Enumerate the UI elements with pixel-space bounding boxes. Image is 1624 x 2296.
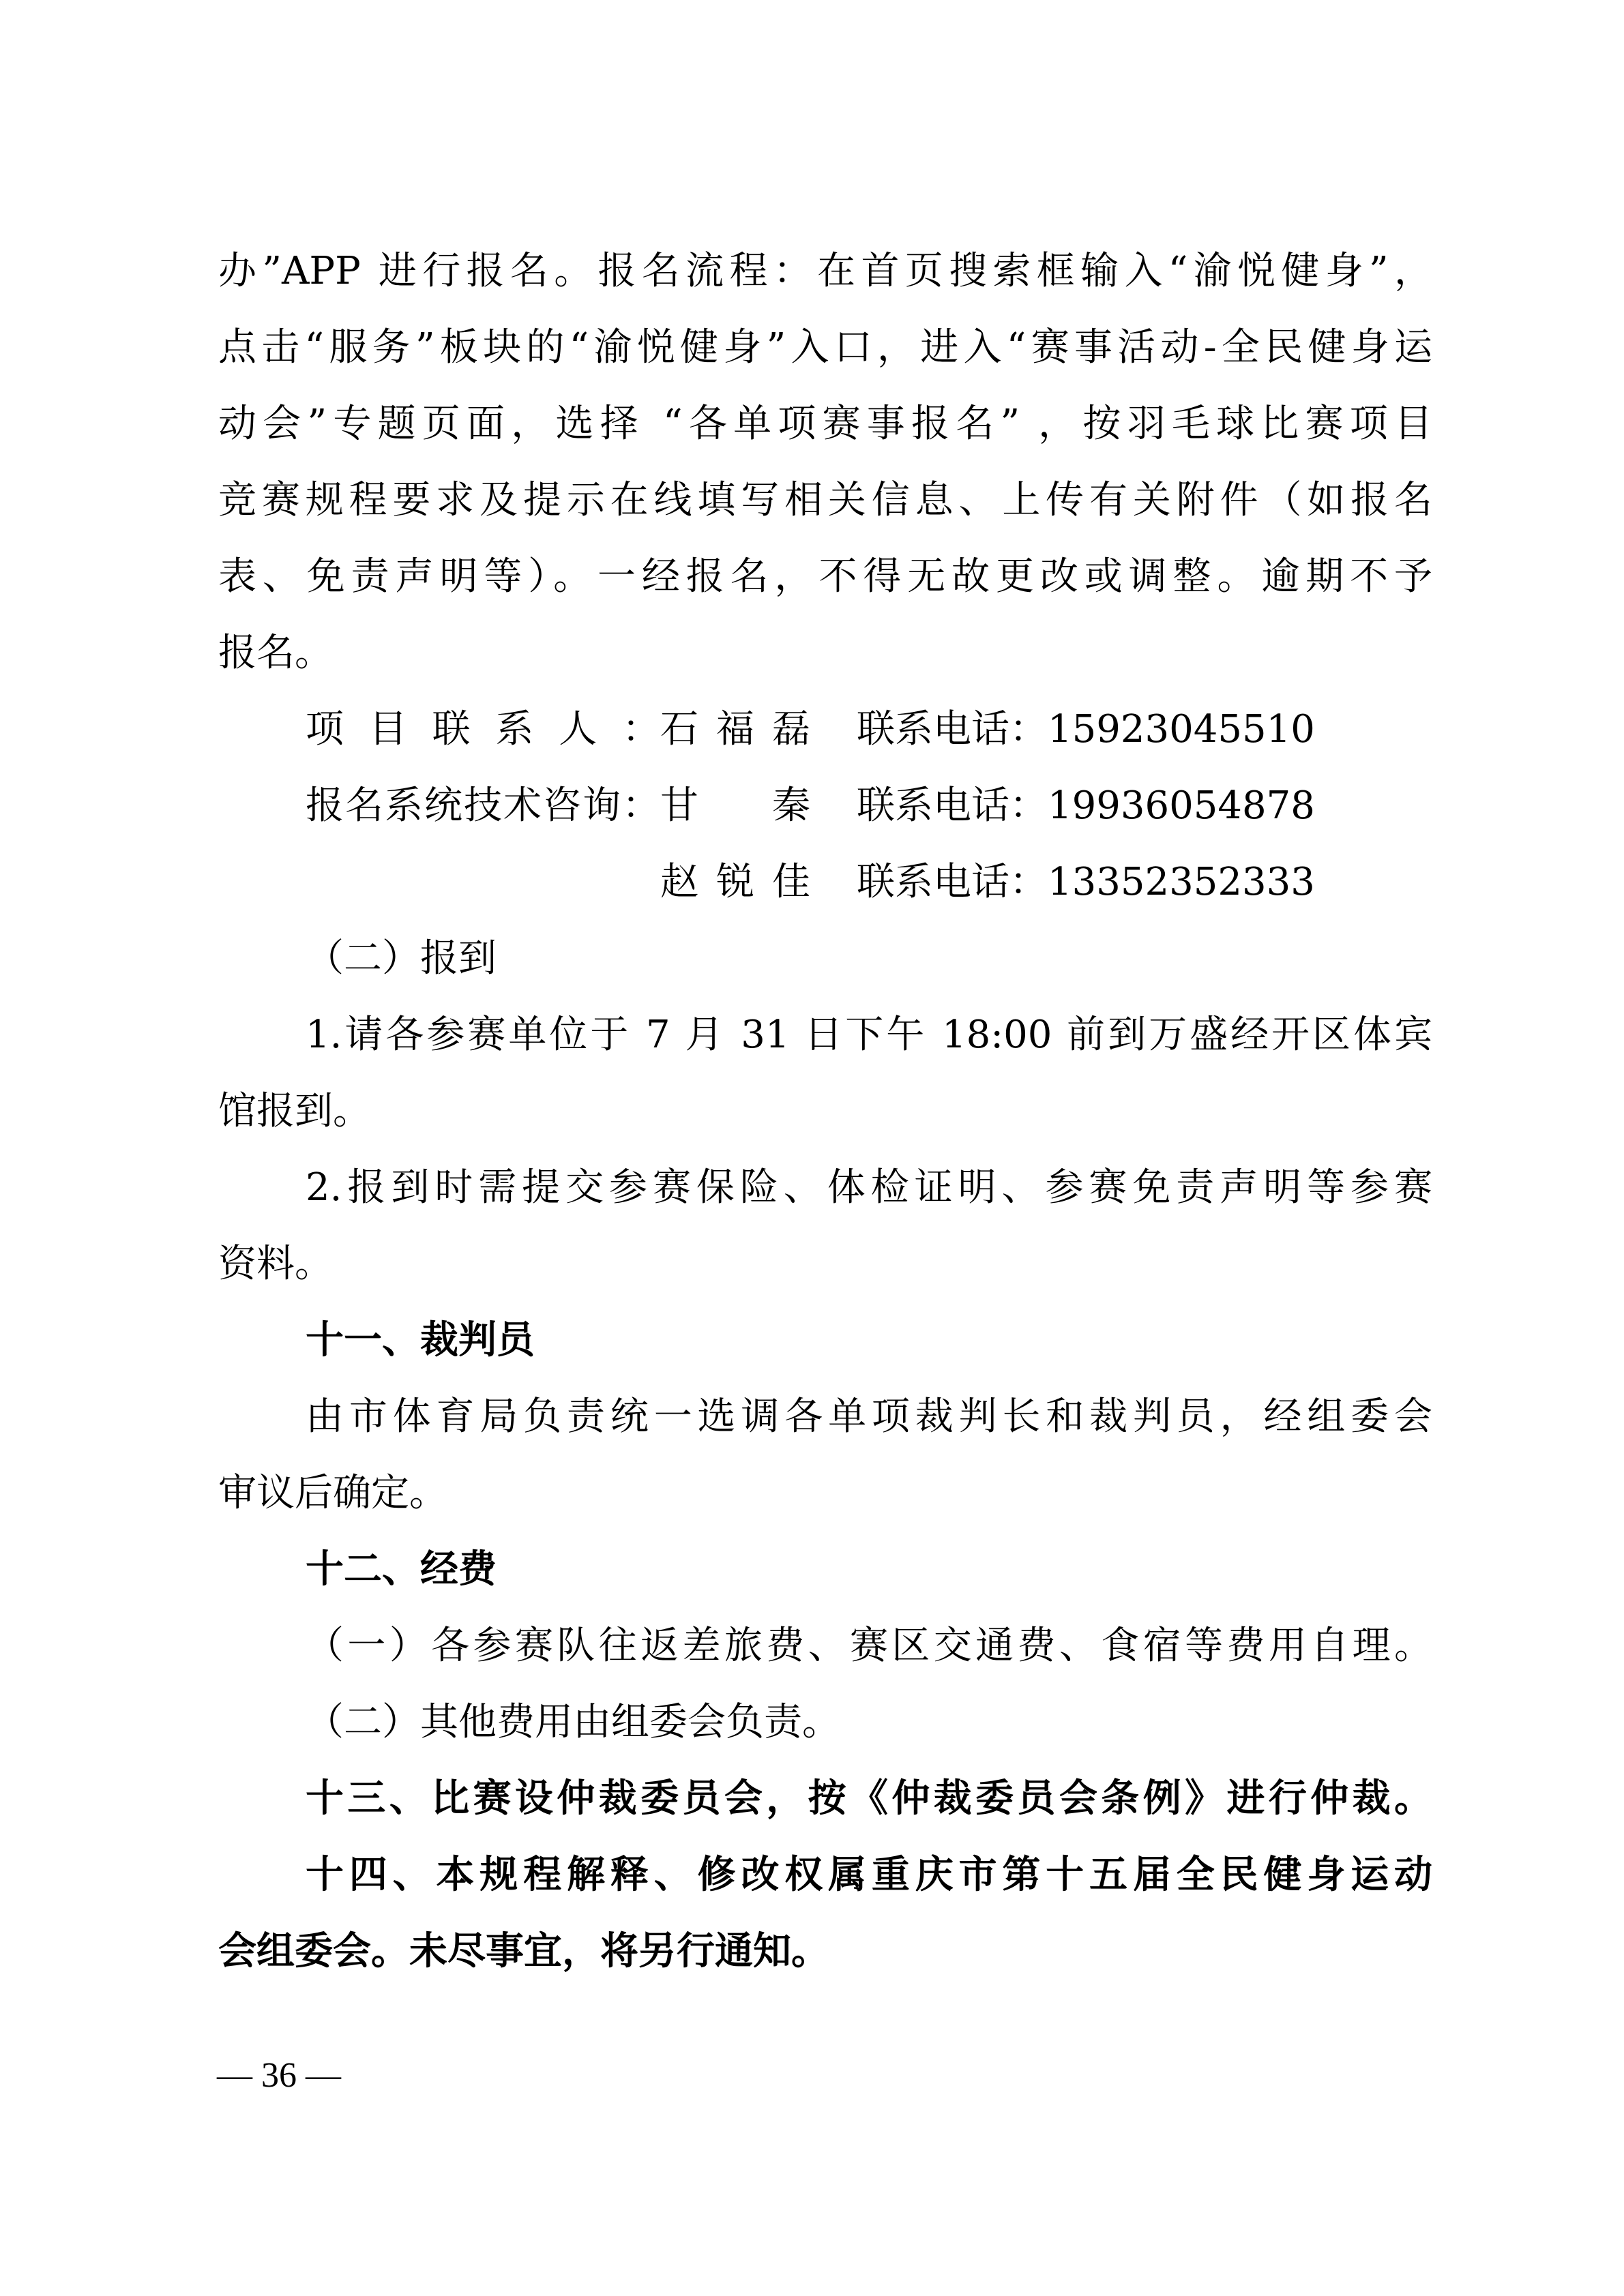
contact-name: 赵锐佳: [660, 858, 810, 907]
paragraph-line: 表、免责声明等）。一经报名，不得无故更改或调整。逾期不予: [218, 552, 1432, 601]
contact-row-tech-support: 报名系统技术咨询：甘 秦联系电话：19936054878: [306, 781, 1315, 831]
paragraph-line: 竞赛规程要求及提示在线填写相关信息、上传有关附件（如报名: [218, 476, 1432, 525]
paragraph-line: 由市体育局负责统一选调各单项裁判长和裁判员，经组委会: [306, 1392, 1432, 1442]
page-number: — 36 —: [217, 2055, 341, 2096]
section-heading-interpretation-cont: 会组委会。未尽事宜，将另行通知。: [218, 1927, 1432, 1976]
contact-row-project: 项目联系人：石福磊联系电话：15923045510: [306, 705, 1315, 754]
section-heading-interpretation: 十四、本规程解释、修改权属重庆市第十五届全民健身运动: [306, 1851, 1432, 1900]
contact-label: 报名系统技术咨询：: [306, 781, 660, 831]
paragraph-line: 资料。: [218, 1240, 1432, 1289]
subsection-heading-check-in: （二）报到: [306, 934, 1432, 983]
contact-phone-label: 联系电话：: [857, 858, 1048, 907]
paragraph-line: 办”APP 进行报名。报名流程：在首页搜索框输入“渝悦健身”，: [218, 247, 1432, 296]
section-heading-referees: 十一、裁判员: [306, 1316, 1432, 1365]
contact-phone-label: 联系电话：: [857, 705, 1048, 754]
contact-phone-label: 联系电话：: [857, 781, 1048, 831]
paragraph-line: 2.报到时需提交参赛保险、体检证明、参赛免责声明等参赛: [306, 1163, 1432, 1212]
paragraph-line: 1.请各参赛单位于 7 月 31 日下午 18:00 前到万盛经开区体宾: [306, 1011, 1432, 1060]
paragraph-line: 点击“服务”板块的“渝悦健身”入口，进入“赛事活动-全民健身运: [218, 323, 1432, 372]
paragraph-line: 馆报到。: [218, 1087, 1432, 1136]
paragraph-line: （一）各参赛队往返差旅费、赛区交通费、食宿等费用自理。: [306, 1622, 1432, 1671]
section-heading-funding: 十二、经费: [306, 1545, 1432, 1594]
contact-name: 甘 秦: [660, 781, 810, 831]
contact-row-tech-support-2: 赵锐佳联系电话：13352352333: [306, 858, 1315, 907]
contact-phone: 13352352333: [1048, 858, 1315, 907]
paragraph-line: 报名。: [218, 629, 1432, 678]
paragraph-line: （二）其他费用由组委会负责。: [306, 1698, 1432, 1747]
contact-label: 项目联系人：: [306, 705, 660, 754]
paragraph-line: 审议后确定。: [218, 1469, 1432, 1518]
document-page: 办”APP 进行报名。报名流程：在首页搜索框输入“渝悦健身”， 点击“服务”板块…: [0, 0, 1624, 2296]
paragraph-line: 动会”专题页面，选择 “各单项赛事报名” ，按羽毛球比赛项目: [218, 400, 1432, 449]
contact-phone: 19936054878: [1048, 781, 1315, 831]
contact-name: 石福磊: [660, 705, 810, 754]
section-heading-arbitration: 十三、比赛设仲裁委员会，按《仲裁委员会条例》进行仲裁。: [306, 1774, 1432, 1823]
contact-phone: 15923045510: [1048, 705, 1315, 754]
